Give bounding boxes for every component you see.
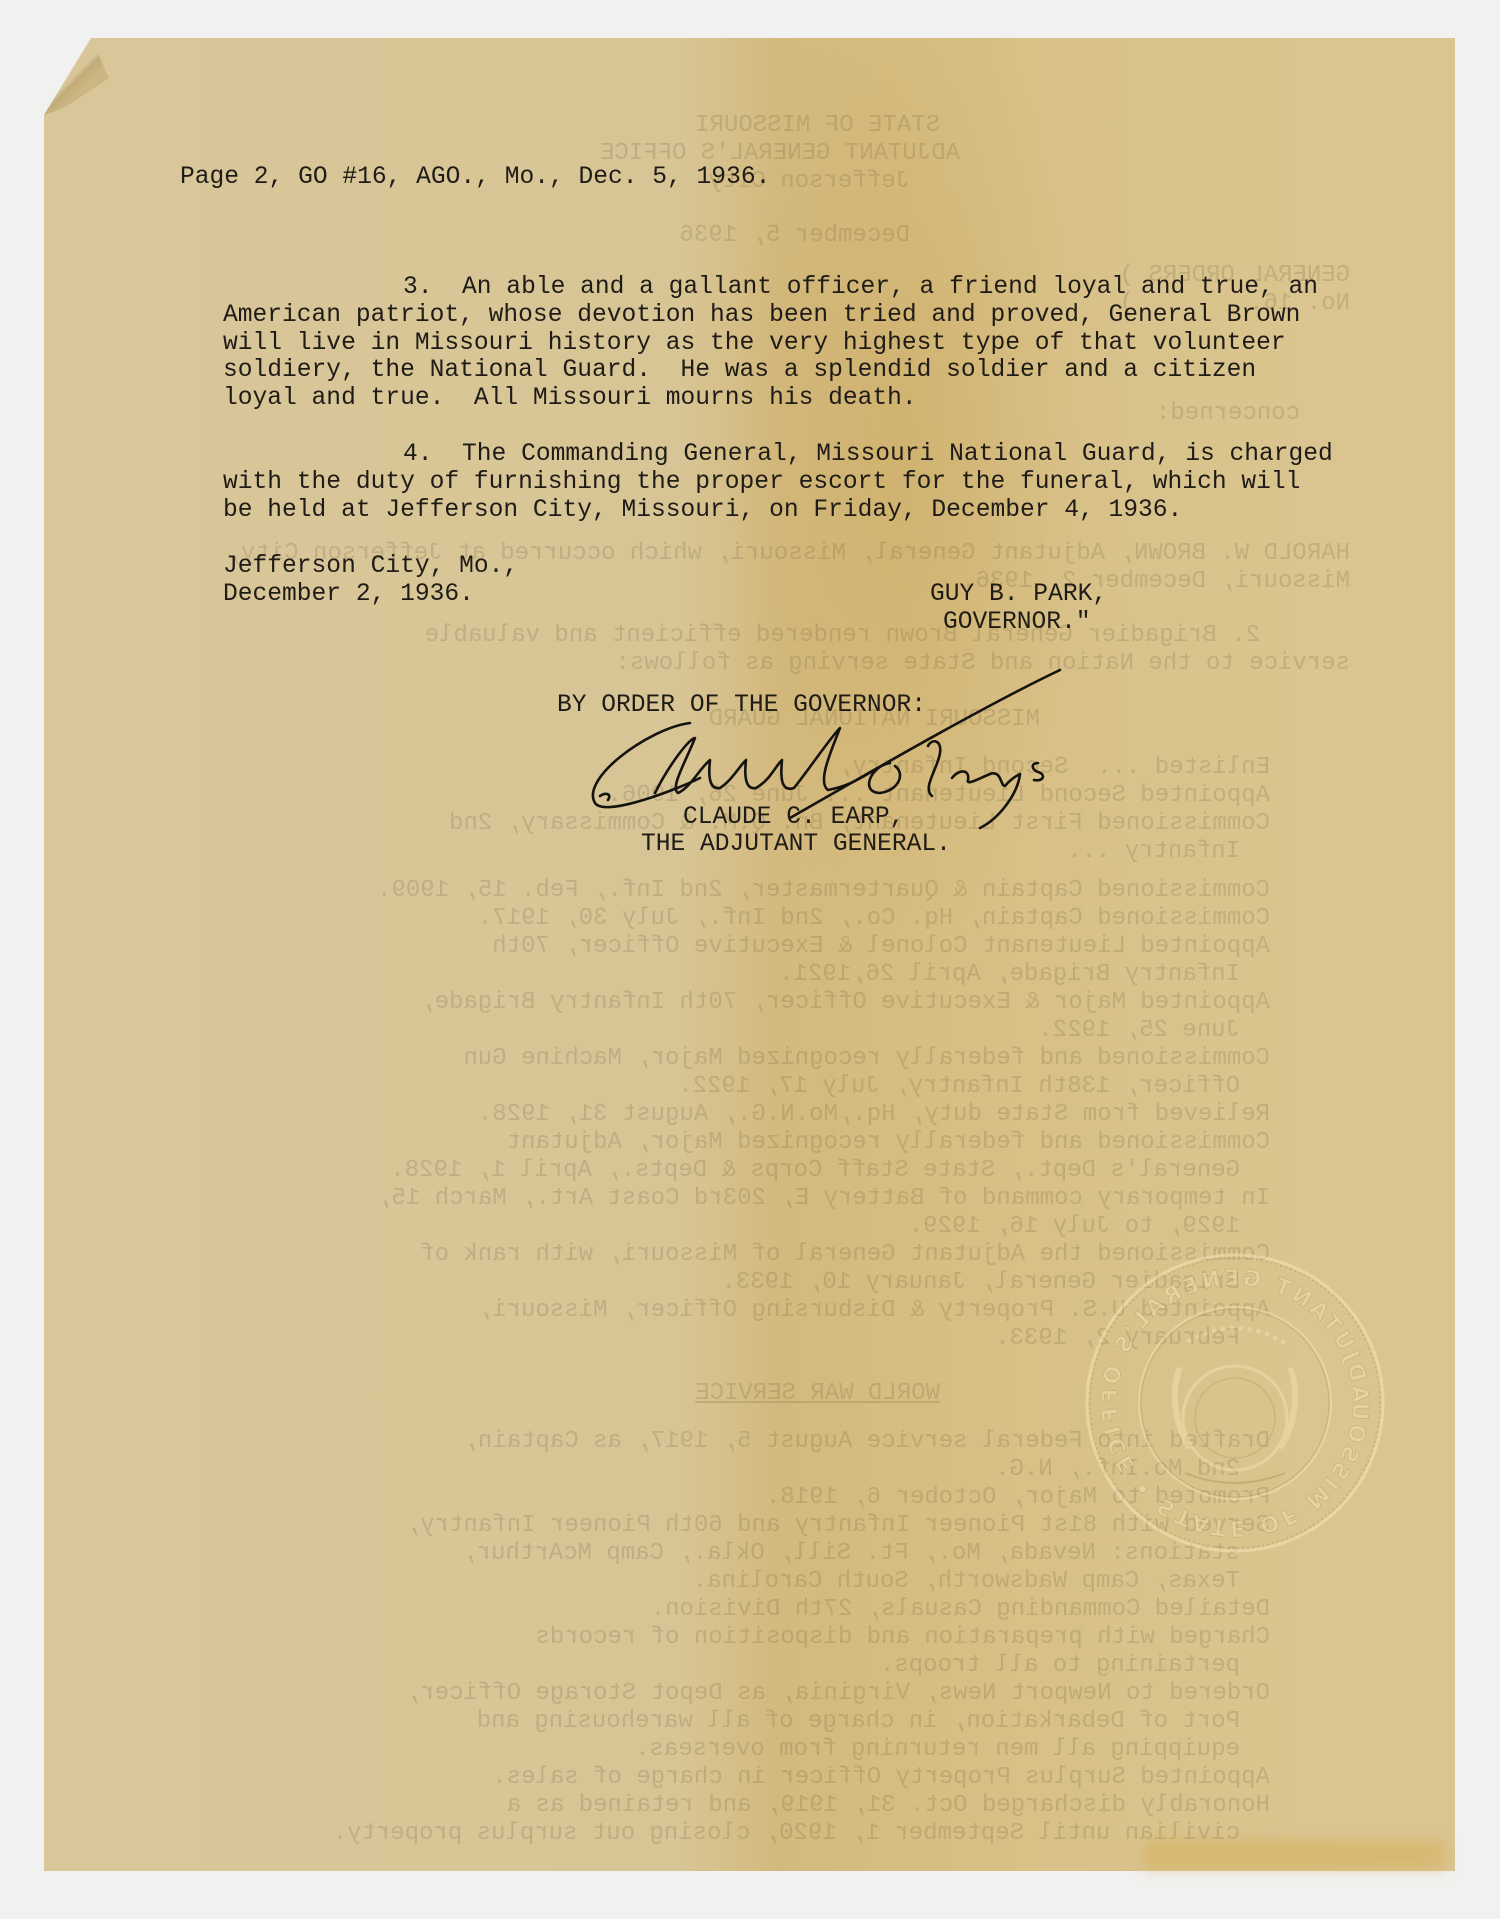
paper-stain — [1145, 1840, 1445, 1870]
paragraph-line: with the duty of furnishing the proper e… — [223, 469, 1300, 497]
paragraph-line: be held at Jefferson City, Missouri, on … — [223, 497, 1182, 525]
embossed-seal-icon: ADJUTANT GENERAL'S OFFICE • STATE OF MIS… — [1080, 1248, 1390, 1558]
signatory-title: THE ADJUTANT GENERAL. — [641, 831, 951, 859]
governor-name: GUY B. PARK, — [930, 581, 1107, 609]
paragraph-line: loyal and true. All Missouri mourns his … — [223, 385, 917, 413]
paragraph-line: soldiery, the National Guard. He was a s… — [223, 357, 1256, 385]
paragraph-line: American patriot, whose devotion has bee… — [223, 302, 1300, 330]
date-line: December 2, 1936. — [223, 581, 474, 609]
governor-title: GOVERNOR." — [943, 609, 1091, 637]
paragraph-line: will live in Missouri history as the ver… — [223, 330, 1286, 358]
paragraph-line: 3. An able and a gallant officer, a frie… — [403, 274, 1318, 302]
paragraph-line: 4. The Commanding General, Missouri Nati… — [403, 441, 1333, 469]
page-header: Page 2, GO #16, AGO., Mo., Dec. 5, 1936. — [180, 164, 770, 192]
place-line: Jefferson City, Mo., — [223, 553, 518, 581]
signatory-name: CLAUDE C. EARP, — [683, 804, 904, 832]
